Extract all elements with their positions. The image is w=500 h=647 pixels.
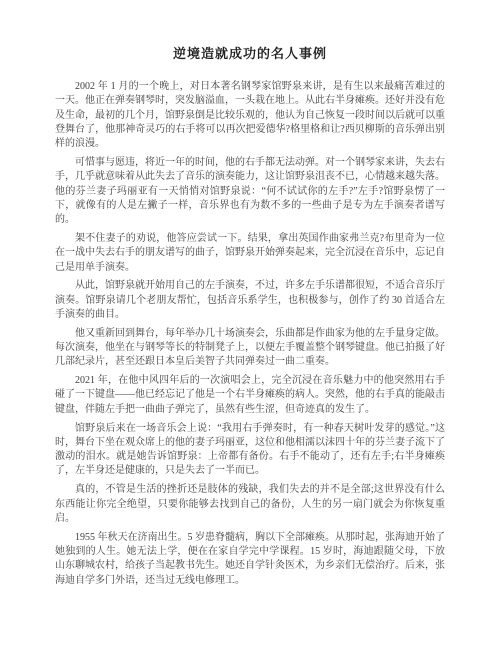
document-title: 逆境造就成功的名人事例 [55, 45, 445, 63]
paragraph: 2021 年，在他中风四年后的一次演唱会上，完全沉浸在音乐魅力中的他突然用右手碰… [55, 374, 445, 417]
paragraph: 真的，不管是生活的挫折还是肢体的残缺，我们失去的并不是全部;这世界没有什么东西能… [55, 483, 445, 526]
paragraph: 可惜事与愿违，将近一年的时间，他的右手都无法动弹。对一个钢琴家来讲，失去右手，几… [55, 156, 445, 227]
paragraph: 馆野泉后来在一场音乐会上说：“我用右手弹奏时，有一种春天树叶发芽的感觉。”这时，… [55, 422, 445, 479]
document-body: 2002 年 1 月的一个晚上，对日本著名钢琴家馆野泉来讲，是有生以来最痛苦难过… [55, 80, 445, 588]
paragraph: 2002 年 1 月的一个晚上，对日本著名钢琴家馆野泉来讲，是有生以来最痛苦难过… [55, 80, 445, 151]
paragraph: 他又重新回到舞台，每年举办几十场演奏会，乐曲都是作曲家为他的左手量身定做。每次演… [55, 327, 445, 370]
paragraph: 架不住妻子的劝说，他答应尝试一下。结果，拿出英国作曲家弗兰克?布里奇为一位在一战… [55, 232, 445, 275]
paragraph: 从此，馆野泉就开始用自己的左手演奏，不过，许多左手乐谱都很短，不适合音乐厅演奏。… [55, 279, 445, 322]
document-page: 逆境造就成功的名人事例 2002 年 1 月的一个晚上，对日本著名钢琴家馆野泉来… [0, 0, 500, 647]
paragraph: 1955 年秋天在济南出生。5 岁患脊髓病，胸以下全部瘫痪。从那时起，张海迪开始… [55, 531, 445, 588]
